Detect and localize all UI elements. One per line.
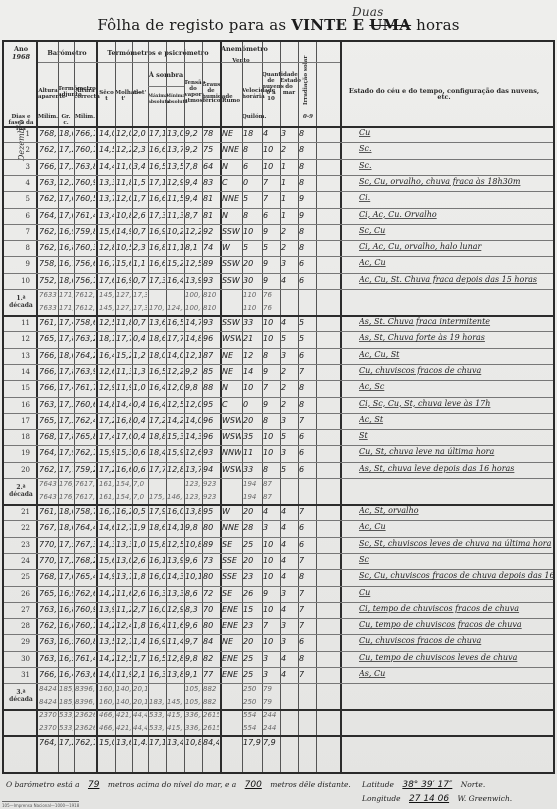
summary-hum: 923 xyxy=(203,480,219,488)
cell-wet: 13,3 xyxy=(116,540,131,549)
cell-dry: 15,6 xyxy=(99,556,114,565)
table-row: 13766,9018,0764,2416,415,21,218,014,012,… xyxy=(4,348,557,365)
cell-clouds: 7 xyxy=(263,178,279,187)
cell-vis: 6 xyxy=(299,259,315,268)
summary-bar-t: 185,3 xyxy=(59,685,73,693)
summary-bar-app: 8424,80 xyxy=(39,698,57,706)
cell-dry: 13,9 xyxy=(99,605,114,614)
title-suffix: horas xyxy=(416,16,460,34)
table-row: 6764,0017,0761,4613,410,82,617,311,38,78… xyxy=(4,208,557,225)
cell-vapor: 8,1 xyxy=(185,243,201,252)
cell-hum: 95 xyxy=(203,400,219,409)
cell-sea: 4 xyxy=(281,605,297,614)
cell-bar-app: 770,80 xyxy=(39,556,57,565)
cell-dry: 14,2 xyxy=(99,621,114,630)
cell-bar-t: 17,4 xyxy=(59,383,73,392)
mean-clouds: 7,9 xyxy=(263,738,279,747)
cell-min: 16,0 xyxy=(167,507,183,516)
cell-bar-t: 18,0 xyxy=(59,129,73,138)
summary-bar-corr: 8396,81 xyxy=(75,685,95,693)
cell-sea: 4 xyxy=(281,276,297,285)
summary-vapor: 123,1 xyxy=(185,480,201,488)
cell-dry: 12,8 xyxy=(99,243,114,252)
cell-hum: 72 xyxy=(203,589,219,598)
summary-dry: 161,0 xyxy=(99,480,114,488)
summary-wet: 127,7 xyxy=(116,291,131,299)
cell-bar-app: 763,95 xyxy=(39,654,57,663)
summary-clouds: 244 xyxy=(263,724,279,732)
cell-hum: 81 xyxy=(203,194,219,203)
summary-max: 533,0 xyxy=(149,724,165,732)
day-number: 31 xyxy=(6,671,30,679)
day-number: 4 xyxy=(6,179,30,187)
cell-vapor: 13,8 xyxy=(185,507,201,516)
table-row: 22767,1018,0764,4414,612,71,918,614,19,8… xyxy=(4,520,557,537)
cell-bar-t: 16,7 xyxy=(59,259,73,268)
mean-bar-corr: 762,16 xyxy=(75,738,95,747)
table-row: 26765,1516,9762,6514,211,62,616,313,38,6… xyxy=(4,586,557,603)
col-wind-dir: Rumo xyxy=(221,98,241,104)
cell-bar-app: 763,55 xyxy=(39,178,57,187)
cell-diff: 2,6 xyxy=(133,589,147,598)
barometer-prefix: O barómetro está a xyxy=(6,780,80,789)
day-number: 11 xyxy=(6,319,30,327)
weather-remark: Sc, Cu xyxy=(359,226,554,235)
summary-diff: 7,0 xyxy=(133,493,147,501)
cell-wind-v: 20 xyxy=(243,556,261,565)
cell-clouds: 4 xyxy=(263,507,279,516)
cell-bar-corr: 766,12 xyxy=(75,129,95,138)
summary-min: 415,7 xyxy=(167,711,183,719)
table-row: 29763,3516,5760,8713,512,11,416,911,49,7… xyxy=(4,634,557,651)
cell-sea: 3 xyxy=(281,637,297,646)
weather-remark: Cu, tempo de chuviscos fracos de chuva xyxy=(359,620,554,629)
cell-diff: 0,4 xyxy=(133,400,147,409)
cell-diff: 0,7 xyxy=(133,227,147,236)
summary-min: 145,1 xyxy=(167,698,183,706)
cell-clouds: 9 xyxy=(263,589,279,598)
col-max: Máxima absoluta xyxy=(148,94,166,106)
weather-remark: Ci, Ac, Cu, orvalho, halo lunar xyxy=(359,242,554,251)
cell-bar-app: 766,65 xyxy=(39,367,57,376)
summary-bar-app: 7633,95 xyxy=(39,304,57,312)
day-number: 9 xyxy=(6,260,30,268)
weather-remark: Ac, Cu, St xyxy=(359,350,554,359)
cell-max: 18,6 xyxy=(149,523,165,532)
cell-wind-dir: WSW xyxy=(222,465,241,474)
summary-bar-corr: 7612,38 xyxy=(75,304,95,312)
cell-hum: 70 xyxy=(203,605,219,614)
summary-wet: 140,0 xyxy=(116,685,131,693)
unit-bar-app: Milím. xyxy=(38,114,58,120)
header-rule xyxy=(148,86,184,87)
cell-wet: 11,9 xyxy=(116,670,131,679)
thermo-group: Termómetros e psicrómetro xyxy=(98,50,218,56)
summary-wet: 140,0 xyxy=(116,698,131,706)
cell-vapor: 8,6 xyxy=(185,589,201,598)
cell-bar-corr: 761,76 xyxy=(75,383,95,392)
cell-wind-dir: N xyxy=(222,162,241,171)
cell-clouds: 6 xyxy=(263,211,279,220)
cell-bar-corr: 760,12 xyxy=(75,145,95,154)
cell-wind-v: 8 xyxy=(243,145,261,154)
cell-max: 16,5 xyxy=(149,654,165,663)
summary-bar-t: 171,6 xyxy=(59,291,73,299)
weather-remark: Ci, Ac, Cu. Orvalho xyxy=(359,210,554,219)
cell-wind-dir: WSW xyxy=(222,416,241,425)
cell-wet: 10,5 xyxy=(116,243,131,252)
cell-dry: 16,7 xyxy=(99,259,114,268)
table-row: 16763,2517,3760,6714,814,40,416,412,512,… xyxy=(4,397,557,414)
cell-min: 13,7 xyxy=(167,145,183,154)
table-row: 21761,3518,0758,7016,716,20,517,916,013,… xyxy=(4,504,557,521)
barometer-note: O barómetro está a 79 metros acima do ní… xyxy=(6,780,351,790)
cell-max: 16,4 xyxy=(149,400,165,409)
cell-diff: 1,5 xyxy=(133,178,147,187)
cell-hum: 89 xyxy=(203,259,219,268)
cell-wet: 11,2 xyxy=(116,605,131,614)
cell-wind-v: 25 xyxy=(243,654,261,663)
summary-bar-corr: 7617,30 xyxy=(75,493,95,501)
cell-sea: 4 xyxy=(281,670,297,679)
cell-vapor: 9,4 xyxy=(185,178,201,187)
cell-max: 16,8 xyxy=(149,243,165,252)
cell-sea: 4 xyxy=(281,572,297,581)
table-row: 12765,9017,8763,2618,117,70,418,617,714,… xyxy=(4,331,557,348)
summary-bar-t: 533,5 xyxy=(59,724,73,732)
cell-bar-app: 768,80 xyxy=(39,129,57,138)
table-row: 20762,9017,7759,2617,216,60,617,712,813,… xyxy=(4,462,557,479)
cell-bar-t: 17,8 xyxy=(59,367,73,376)
cell-bar-t: 17,0 xyxy=(59,194,73,203)
summary-max: 175,3 xyxy=(149,493,165,501)
summary-wind-v: 194 xyxy=(243,480,261,488)
cell-hum: 96 xyxy=(203,416,219,425)
cell-vapor: 14,3 xyxy=(185,432,201,441)
cell-wind-v: 20 xyxy=(243,637,261,646)
means-row: 764,7317,27762,1615,0413,601,4317,1913,4… xyxy=(4,735,557,752)
cell-bar-t: 18,0 xyxy=(59,523,73,532)
col-visibility: Irradiação solar xyxy=(303,65,309,105)
unit-wind-speed: Quilóm. xyxy=(242,114,262,120)
summary-min: 146,8 xyxy=(167,493,183,501)
cell-min: 14,0 xyxy=(167,351,183,360)
summary-row: 7633,95171,67612,38145,0127,717,3100,481… xyxy=(4,289,557,302)
cell-vapor: 9,1 xyxy=(185,670,201,679)
table-row: 17765,0017,3762,4217,216,80,417,214,214,… xyxy=(4,413,557,430)
cell-vapor: 8,3 xyxy=(185,605,201,614)
cell-wind-dir: SSW xyxy=(222,259,241,268)
cell-vapor: 13,7 xyxy=(185,465,201,474)
cell-wind-v: 28 xyxy=(243,523,261,532)
summary-hum: 810 xyxy=(203,304,219,312)
title-prefix: Fôlha de registo para as xyxy=(97,16,286,34)
cell-vapor: 9,2 xyxy=(185,129,201,138)
cell-wet: 13,0 xyxy=(116,556,131,565)
day-number: 10 xyxy=(6,277,30,285)
table-row: 14766,6517,8763,9112,611,31,316,512,29,2… xyxy=(4,364,557,381)
anemometer-group: Anemómetro xyxy=(221,46,261,52)
cell-min: 14,1 xyxy=(167,523,183,532)
cell-min: 17,7 xyxy=(167,334,183,343)
cell-wet: 10,8 xyxy=(116,211,131,220)
sheet-title: Fôlha de registo para as VINTE E UMA hor… xyxy=(0,16,557,34)
cell-max: 16,9 xyxy=(149,227,165,236)
cell-wind-dir: SE xyxy=(222,540,241,549)
cell-vis: 8 xyxy=(299,129,315,138)
cell-vapor: 12,0 xyxy=(185,400,201,409)
mean-min: 13,41 xyxy=(167,738,183,747)
cell-wet: 16,9 xyxy=(116,276,131,285)
cell-diff: 3,4 xyxy=(133,162,147,171)
cell-hum: 96 xyxy=(203,334,219,343)
table-row: 1768,8018,0766,1214,012,02,017,113,09,27… xyxy=(4,126,557,143)
summary-diff: 7,0 xyxy=(133,480,147,488)
cell-max: 16,6 xyxy=(149,194,165,203)
col-vapor: Tensão do vapor atmosférico xyxy=(184,80,202,104)
weather-remark: As, St. Chuva fraca intermitente xyxy=(359,317,554,326)
cell-sea: 2 xyxy=(281,400,297,409)
cell-wind-dir: SSW xyxy=(222,276,241,285)
day-number: 8 xyxy=(6,244,30,252)
cell-max: 17,2 xyxy=(149,416,165,425)
cell-hum: 93 xyxy=(203,318,219,327)
cell-bar-t: 17,3 xyxy=(59,400,73,409)
weather-remark: As, St, chuva leve depois das 16 horas xyxy=(359,464,554,473)
table-row: 5762,0517,0760,5713,712,01,716,611,59,48… xyxy=(4,191,557,208)
summary-hum: 2615 xyxy=(203,724,219,732)
cell-vapor: 12,5 xyxy=(185,259,201,268)
summary-wind-v: 194 xyxy=(243,493,261,501)
summary-row: 8424,80185,38396,81160,1140,020,1105,888… xyxy=(4,683,557,696)
cell-max: 16,6 xyxy=(149,259,165,268)
cell-wind-dir: ENE xyxy=(222,670,241,679)
cell-min: 12,2 xyxy=(167,367,183,376)
cell-wind-v: 5 xyxy=(243,243,261,252)
weather-remark: Ac, St xyxy=(359,415,554,424)
cell-vis: 8 xyxy=(299,383,315,392)
summary-row: 8424,80185,38396,81160,1140,020,1183,114… xyxy=(4,696,557,709)
barometer-group: Barómetro xyxy=(38,50,96,56)
col-wind-speed: Velocidade horária xyxy=(242,88,262,100)
cell-min: 15,3 xyxy=(167,432,183,441)
cell-vapor: 12,2 xyxy=(185,227,201,236)
cell-hum: 80 xyxy=(203,572,219,581)
cell-vapor: 13,9 xyxy=(185,276,201,285)
cell-clouds: 10 xyxy=(263,318,279,327)
summary-clouds: 87 xyxy=(263,493,279,501)
cell-diff: 1,9 xyxy=(133,523,147,532)
day-number: 15 xyxy=(6,384,30,392)
cell-bar-corr: 763,68 xyxy=(75,670,95,679)
summary-wind-v: 250 xyxy=(243,685,261,693)
cell-bar-t: 17,0 xyxy=(59,211,73,220)
cell-diff: 1,0 xyxy=(133,540,147,549)
cell-min: 13,9 xyxy=(167,556,183,565)
cell-clouds: 10 xyxy=(263,448,279,457)
cell-max: 16,5 xyxy=(149,162,165,171)
cell-bar-t: 17,8 xyxy=(59,334,73,343)
cell-vis: 6 xyxy=(299,465,315,474)
summary-clouds: 76 xyxy=(263,291,279,299)
cell-sea: 3 xyxy=(281,351,297,360)
day-number: 20 xyxy=(6,466,30,474)
cell-min: 11,6 xyxy=(167,621,183,630)
cell-diff: 2,3 xyxy=(133,145,147,154)
cell-bar-t: 18,0 xyxy=(59,351,73,360)
cell-diff: 1,8 xyxy=(133,621,147,630)
summary-dry: 145,0 xyxy=(99,304,114,312)
barometer-suffix: metros dêle distante. xyxy=(270,780,351,789)
cell-bar-app: 768,95 xyxy=(39,572,57,581)
day-number: 12 xyxy=(6,335,30,343)
summary-vapor: 336,3 xyxy=(185,724,201,732)
cell-diff: 2,1 xyxy=(133,670,147,679)
day-number: 26 xyxy=(6,590,30,598)
summary-max: 533,0 xyxy=(149,711,165,719)
cell-bar-corr: 760,11 xyxy=(75,621,95,630)
cell-wind-dir: W xyxy=(222,507,241,516)
cell-diff: 2,3 xyxy=(133,243,147,252)
cell-bar-app: 762,40 xyxy=(39,227,57,236)
cell-clouds: 9 xyxy=(263,259,279,268)
cell-diff: 0,4 xyxy=(133,334,147,343)
summary-diff: 44,4 xyxy=(133,724,147,732)
cell-bar-t: 16,6 xyxy=(59,621,73,630)
col-humidity: Graus de humidade xyxy=(202,82,220,100)
cell-diff: 0,6 xyxy=(133,465,147,474)
sea-distance: 700 xyxy=(239,780,268,790)
weather-remark: Cu, chuviscos fracos de chuva xyxy=(359,366,554,375)
summary-bar-app: 7633,95 xyxy=(39,291,57,299)
cell-bar-app: 764,00 xyxy=(39,211,57,220)
weather-remark: Sc, Cu, chuviscos fracos de chuva depois… xyxy=(359,571,554,580)
cell-wind-dir: NE xyxy=(222,637,241,646)
mean-wind-v: 17,9 xyxy=(243,738,261,747)
cell-wind-v: 26 xyxy=(243,589,261,598)
cell-min: 12,8 xyxy=(167,654,183,663)
cell-sea: 2 xyxy=(281,243,297,252)
summary-hum: 923 xyxy=(203,493,219,501)
summary-bar-app: 8424,80 xyxy=(39,685,57,693)
cell-hum: 80 xyxy=(203,621,219,630)
cell-wind-dir: WSW xyxy=(222,432,241,441)
cell-wind-v: 0 xyxy=(243,400,261,409)
summary-vapor: 105,8 xyxy=(185,685,201,693)
day-number: 22 xyxy=(6,524,30,532)
cell-max: 17,1 xyxy=(149,178,165,187)
cell-min: 11,5 xyxy=(167,194,183,203)
cell-clouds: 8 xyxy=(263,416,279,425)
cell-hum: 64 xyxy=(203,162,219,171)
cell-vis: 7 xyxy=(299,416,315,425)
cell-vapor: 9,7 xyxy=(185,637,201,646)
day-number: 16 xyxy=(6,401,30,409)
cell-bar-t: 17,4 xyxy=(59,318,73,327)
col-remarks: Estado do céu e do tempo, configuração d… xyxy=(344,88,544,100)
table-row: 25768,9517,0765,4014,913,11,816,014,310,… xyxy=(4,569,557,586)
table-row: 9758,1516,7756,6716,715,61,116,615,212,5… xyxy=(4,256,557,273)
cell-wet: 15,6 xyxy=(116,259,131,268)
cell-diff: 0,5 xyxy=(133,507,147,516)
cell-diff: 1,2 xyxy=(133,351,147,360)
table-row: 30763,9516,5761,4714,212,51,716,512,89,8… xyxy=(4,651,557,668)
cell-hum: 92 xyxy=(203,227,219,236)
cell-bar-app: 766,35 xyxy=(39,383,57,392)
summary-clouds: 79 xyxy=(263,698,279,706)
cell-dry: 14,5 xyxy=(99,145,114,154)
cell-clouds: 3 xyxy=(263,654,279,663)
cell-bar-t: 17,2 xyxy=(59,556,73,565)
longitude-label: Longitude xyxy=(362,794,401,803)
cell-hum: 80 xyxy=(203,523,219,532)
cell-clouds: 8 xyxy=(263,465,279,474)
cell-clouds: 8 xyxy=(263,351,279,360)
cell-wet: 12,7 xyxy=(116,523,131,532)
cell-diff: 2,7 xyxy=(133,605,147,614)
cell-wet: 16,8 xyxy=(116,416,131,425)
cell-bar-corr: 758,62 xyxy=(75,318,95,327)
summary-row: 7643,90176,67617,30161,0154,07,0175,3146… xyxy=(4,491,557,504)
mean-bar-t: 17,27 xyxy=(59,738,73,747)
summary-diff: 44,4 xyxy=(133,711,147,719)
cell-min: 12,0 xyxy=(167,383,183,392)
cell-hum: 95 xyxy=(203,507,219,516)
cell-bar-corr: 767,39 xyxy=(75,540,95,549)
cell-clouds: 9 xyxy=(263,367,279,376)
cell-hum: 94 xyxy=(203,465,219,474)
cell-dry: 14,2 xyxy=(99,654,114,663)
register-table: Ano 1968 Dezembro Dias e fases da lua Ba… xyxy=(2,40,555,774)
cell-bar-app: 762,90 xyxy=(39,465,57,474)
table-row: 10752,7018,0756,1717,616,90,717,316,413,… xyxy=(4,273,557,290)
weather-remark: Ac, Cu xyxy=(359,522,554,531)
day-number: 5 xyxy=(6,195,30,203)
cell-dry: 12,6 xyxy=(99,367,114,376)
cell-min: 12,5 xyxy=(167,400,183,409)
weather-remark: Ac, Cu xyxy=(359,258,554,267)
day-number: 17 xyxy=(6,417,30,425)
cell-wind-v: 14 xyxy=(243,367,261,376)
cell-clouds: 4 xyxy=(263,129,279,138)
col-wet: Molhado t' xyxy=(115,90,132,102)
cell-bar-app: 762,05 xyxy=(39,145,57,154)
cell-hum: 75 xyxy=(203,145,219,154)
day-number: 2 xyxy=(6,146,30,154)
weather-remark: Sc xyxy=(359,555,554,564)
cell-diff: 1,4 xyxy=(133,637,147,646)
cell-bar-app: 765,15 xyxy=(39,589,57,598)
cell-vis: 6 xyxy=(299,448,315,457)
cell-vapor: 10,8 xyxy=(185,540,201,549)
cell-vis: 5 xyxy=(299,334,315,343)
weather-remark: Ci, tempo de chuviscos fracos de chuva xyxy=(359,604,554,613)
cell-hum: 78 xyxy=(203,129,219,138)
cell-wind-v: 35 xyxy=(243,432,261,441)
cell-wind-dir: ENE xyxy=(222,605,241,614)
cell-bar-corr: 761,46 xyxy=(75,211,95,220)
cell-vis: 8 xyxy=(299,162,315,171)
summary-hum: 2615 xyxy=(203,711,219,719)
summary-wind-v: 250 xyxy=(243,698,261,706)
cell-sea: 2 xyxy=(281,383,297,392)
summary-bar-app: 7643,90 xyxy=(39,480,57,488)
cell-vapor: 9,8 xyxy=(185,654,201,663)
year-value: 1968 xyxy=(6,54,36,60)
cell-clouds: 5 xyxy=(263,243,279,252)
cell-wind-v: 20 xyxy=(243,259,261,268)
summary-dry: 466,1 xyxy=(99,724,114,732)
